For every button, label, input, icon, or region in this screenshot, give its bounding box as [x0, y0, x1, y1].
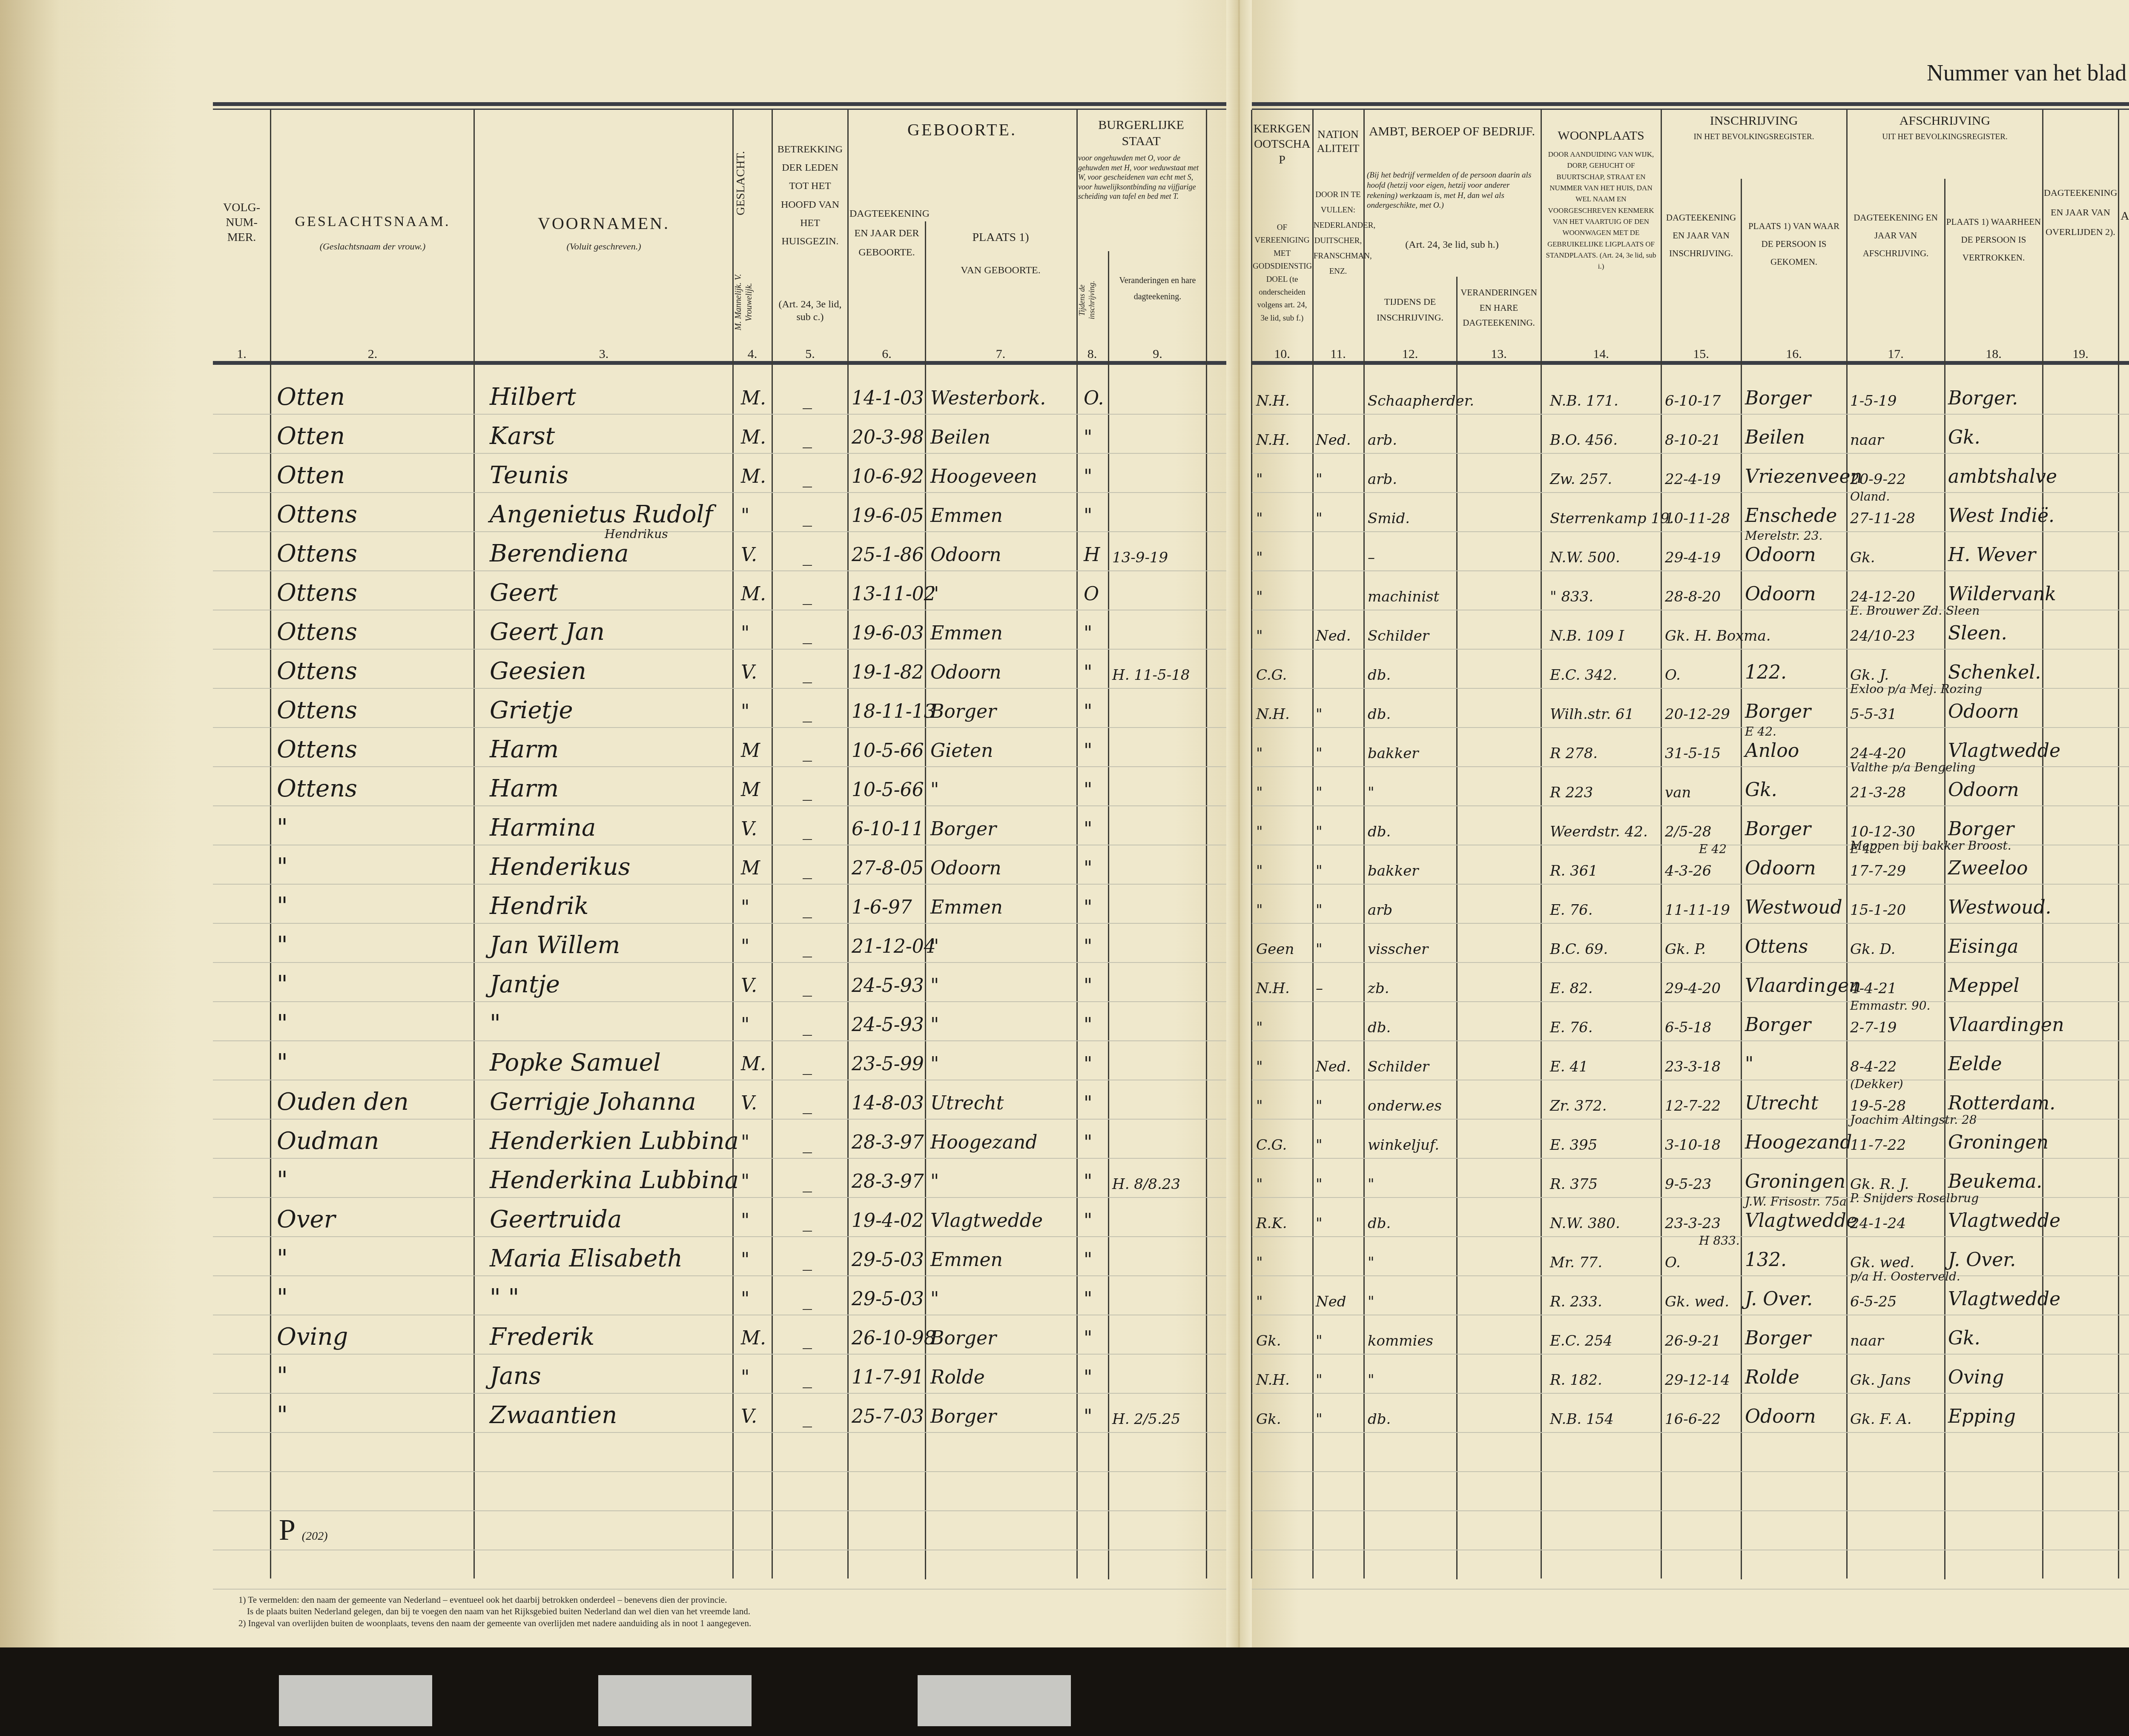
- header-geslacht-sub: M. Mannelijk. V. Vrouwelijk.: [733, 264, 772, 341]
- registration-date-cell: 26-9-21: [1665, 1332, 1721, 1349]
- table-row: "HenderikusM_27-8-05Odoorn"""bakkerR. 36…: [0, 853, 2129, 892]
- given-names-cell: Geertruida: [490, 1206, 622, 1233]
- given-names-cell: Grietje: [490, 696, 573, 724]
- table-row: "ZwaantienV._25-7-03Borger"H. 2/5.25Gk."…: [0, 1401, 2129, 1441]
- civil-status-cell: ": [1084, 1249, 1092, 1271]
- birthplace-cell: Hoogezand: [930, 1132, 1037, 1153]
- given-names-cell: Jans: [490, 1362, 541, 1390]
- deregistration-date-cell: 15-1-20: [1850, 902, 1906, 919]
- relationship-cell: _: [803, 466, 812, 487]
- header-kerkgenootschap-sub: OF VEREENIGING MET GODSDIENSTIG DOEL (te…: [1253, 221, 1311, 325]
- occupation-cell: Schaapherder.: [1368, 392, 1474, 410]
- header-tijdens-inschrijving: Tijdens de inschrijving.: [1077, 268, 1107, 332]
- birthplace-cell: ": [930, 975, 939, 997]
- relationship-cell: _: [803, 975, 812, 997]
- surname-cell: ": [277, 892, 288, 920]
- civil-status-cell: ": [1084, 1366, 1092, 1388]
- church-cell: ": [1256, 510, 1263, 527]
- address-cell: Zr. 372.: [1550, 1097, 1607, 1114]
- table-row: OverGeertruida"_19-4-02Vlagtwedde"R.K."d…: [0, 1206, 2129, 1245]
- birth-date-cell: 27-8-05: [852, 857, 924, 879]
- address-cell: R. 233.: [1550, 1293, 1602, 1310]
- table-row: OvingFrederikM._26-10-98Borger"Gk."kommi…: [0, 1323, 2129, 1362]
- civil-status-cell: ": [1084, 857, 1092, 879]
- registration-date-cell: 29-4-20: [1665, 980, 1721, 997]
- occupation-cell: visscher: [1368, 941, 1428, 958]
- civil-status-cell: ": [1084, 505, 1092, 527]
- ruled-line: [1252, 1471, 2129, 1472]
- origin-place-cell: Vlagtwedde: [1745, 1210, 1857, 1232]
- deregistration-date-cell: Gk. D.: [1850, 941, 1895, 958]
- church-cell: ": [1256, 862, 1263, 879]
- church-cell: Gk.: [1256, 1411, 1281, 1428]
- header-nationaliteit: NATIONALITEIT: [1314, 128, 1363, 155]
- registration-date-cell: 2/5-28: [1665, 823, 1711, 840]
- registration-date-cell: 23-3-23: [1665, 1215, 1721, 1232]
- church-cell: N.H.: [1256, 980, 1290, 997]
- occupation-cell: db.: [1368, 706, 1391, 723]
- sex-cell: M.: [741, 1327, 766, 1349]
- footnote-1b: Is de plaats buiten Nederland gelegen, d…: [238, 1606, 751, 1617]
- occupation-cell: arb: [1368, 902, 1392, 919]
- destination-cell: Zweeloo: [1948, 857, 2028, 879]
- column-number: 11.: [1314, 347, 1363, 361]
- civil-status-cell: ": [1084, 466, 1092, 487]
- given-names-cell: Jan Willem: [490, 931, 620, 959]
- origin-place-cell: 122.: [1745, 662, 1787, 683]
- relationship-cell: _: [803, 387, 812, 409]
- registration-date-cell: 31-5-15: [1665, 745, 1721, 762]
- nationality-cell: Ned.: [1316, 432, 1351, 449]
- header-aanmerkingen: AANMERKINGEN.: [2120, 209, 2129, 223]
- surname-cell: Ottens: [277, 736, 357, 763]
- surname-cell: Otten: [277, 422, 345, 450]
- birth-date-cell: 19-1-82: [852, 662, 924, 683]
- civil-status-cell: ": [1084, 779, 1092, 801]
- sex-cell: ": [741, 505, 749, 527]
- civil-status-cell: O: [1084, 583, 1099, 605]
- page-stamp: P (202): [279, 1513, 328, 1547]
- origin-place-cell: Enschede: [1745, 505, 1837, 527]
- birthplace-cell: ": [930, 779, 939, 801]
- destination-note: Exloo p/a Mej. Rozing: [1850, 682, 1982, 696]
- birth-date-cell: 19-4-02: [852, 1210, 924, 1232]
- destination-note: p/a H. Oosterveld.: [1850, 1269, 1960, 1283]
- header-afschrijving-datum: DAGTEEKENING EN JAAR VAN AFSCHRIJVING.: [1848, 209, 1943, 262]
- header-top-rule: [213, 102, 1226, 106]
- address-cell: B.C. 69.: [1550, 941, 1608, 958]
- address-cell: Sterrenkamp 19.: [1550, 510, 1674, 527]
- destination-note: P. Snijders Roselbrug: [1850, 1191, 1979, 1205]
- sex-cell: M.: [741, 387, 766, 409]
- sex-cell: ": [741, 936, 749, 957]
- table-row: OttensHarmM_10-5-66Gieten"""bakkerR 278.…: [0, 736, 2129, 775]
- address-cell: E. 76.: [1550, 1019, 1593, 1036]
- birthplace-cell: Emmen: [930, 1249, 1003, 1271]
- header-overlijden: DAGTEEKENING EN JAAR VAN OVERLIJDEN 2).: [2044, 183, 2117, 242]
- origin-place-cell: Borger: [1745, 818, 1811, 840]
- stamp-note: (202): [302, 1530, 328, 1543]
- relationship-cell: _: [803, 1288, 812, 1310]
- occupation-cell: Smid.: [1368, 510, 1410, 527]
- destination-cell: Eisinga: [1948, 936, 2019, 957]
- origin-place-cell: Odoorn: [1745, 583, 1816, 605]
- origin-place-cell: Westwoud: [1745, 897, 1842, 918]
- surname-cell: ": [277, 1362, 288, 1390]
- church-cell: ": [1256, 1019, 1263, 1036]
- given-names-cell: Zwaantien: [490, 1401, 617, 1429]
- registration-date-cell: 23-3-18: [1665, 1058, 1721, 1075]
- address-cell: N.B. 171.: [1550, 392, 1618, 410]
- nationality-cell: –: [1316, 980, 1323, 997]
- registration-date-cell: O.: [1665, 1254, 1681, 1271]
- given-names-cell: Harm: [490, 736, 559, 763]
- table-row: "Jans"_11-7-91Rolde"N.H.""R. 182.29-12-1…: [0, 1362, 2129, 1401]
- deregistration-date-cell: 24-12-20: [1850, 588, 1915, 605]
- sex-cell: V.: [741, 662, 757, 683]
- church-cell: C.G.: [1256, 667, 1287, 684]
- table-row: OttensBerendienaV._25-1-86OdoornH13-9-19…: [0, 540, 2129, 579]
- scale-block: [918, 1675, 1071, 1726]
- sex-cell: M: [741, 779, 760, 801]
- destination-cell: Vlagtwedde: [1948, 1210, 2060, 1232]
- registration-date-cell: 6-5-18: [1665, 1019, 1712, 1036]
- sex-cell: V.: [741, 1092, 757, 1114]
- header-voornamen: VOORNAMEN.: [476, 213, 732, 234]
- sex-cell: M.: [741, 427, 766, 448]
- table-row: OttensGrietje"_18-11-13Borger"N.H."db.Wi…: [0, 696, 2129, 736]
- registration-date-cell: 3-10-18: [1665, 1137, 1721, 1154]
- header-woonplaats-sub: DOOR AANDUIDING VAN WIJK, DORP, GEHUCHT …: [1542, 149, 1660, 272]
- table-row: OttenKarstM._20-3-98Beilen"N.H.Ned.arb.B…: [0, 422, 2129, 461]
- church-cell: N.H.: [1256, 392, 1290, 410]
- occupation-cell: db.: [1368, 1215, 1391, 1232]
- destination-cell: Odoorn: [1948, 779, 2019, 801]
- sex-cell: ": [741, 1171, 749, 1192]
- birth-date-cell: 28-3-97: [852, 1171, 924, 1192]
- address-cell: R. 182.: [1550, 1372, 1602, 1389]
- destination-cell: Vlaardingen: [1948, 1014, 2064, 1036]
- deregistration-date-cell: naar: [1850, 1332, 1884, 1349]
- column-number: 14.: [1542, 347, 1660, 361]
- address-cell: N.B. 154: [1550, 1411, 1614, 1428]
- destination-cell: Eelde: [1948, 1053, 2002, 1075]
- birthplace-cell: Vlagtwedde: [930, 1210, 1043, 1232]
- church-cell: ": [1256, 745, 1263, 762]
- destination-note: Valthe p/a Bengeling: [1850, 760, 1976, 774]
- origin-place-cell: Borger: [1745, 387, 1811, 409]
- birth-date-cell: 18-11-13: [852, 701, 936, 722]
- relationship-cell: _: [803, 505, 812, 527]
- nationality-cell: ": [1316, 1372, 1323, 1389]
- occupation-cell: ": [1368, 784, 1374, 801]
- table-row: OttensGeertM._13-11-02"O"machinist" 833.…: [0, 579, 2129, 618]
- surname-cell: ": [277, 1166, 288, 1194]
- occupation-cell: bakker: [1368, 862, 1419, 879]
- table-row: OttensHarmM_10-5-66"""""R 223vanGk.21-3-…: [0, 775, 2129, 814]
- relationship-cell: _: [803, 1132, 812, 1153]
- origin-place-cell: Rolde: [1745, 1366, 1799, 1388]
- deregistration-date-cell: Gk.: [1850, 549, 1875, 566]
- birthplace-cell: Emmen: [930, 622, 1003, 644]
- nationality-cell: ": [1316, 784, 1323, 801]
- given-names-cell: Geesien: [490, 657, 586, 685]
- surname-cell: Ottens: [277, 501, 357, 528]
- deregistration-date-cell: 10-12-30: [1850, 823, 1915, 840]
- given-names-note: Hendrikus: [605, 527, 668, 541]
- occupation-cell: db.: [1368, 1019, 1391, 1036]
- sex-cell: V.: [741, 975, 757, 997]
- column-number: 3.: [476, 347, 732, 361]
- occupation-cell: onderw.es: [1368, 1097, 1442, 1114]
- given-names-cell: " ": [490, 1284, 519, 1312]
- address-cell: Zw. 257.: [1550, 471, 1612, 488]
- deregistration-date-cell: 11-7-22: [1850, 1137, 1906, 1154]
- header-inschrijving: INSCHRIJVING: [1662, 113, 1845, 129]
- column-number: 8.: [1077, 347, 1107, 361]
- occupation-cell: winkeljuf.: [1368, 1137, 1439, 1154]
- surname-cell: Otten: [277, 383, 345, 411]
- column-number: 19.: [2044, 347, 2117, 361]
- church-cell: ": [1256, 823, 1263, 840]
- registration-date-cell: 12-7-22: [1665, 1097, 1721, 1114]
- sex-cell: M: [741, 740, 760, 762]
- header-geboorteplaats-sub: VAN GEBOORTE.: [926, 264, 1075, 277]
- church-cell: ": [1256, 1058, 1263, 1075]
- nationality-cell: ": [1316, 471, 1323, 488]
- table-row: Ouden denGerrigje JohannaV._14-8-03Utrec…: [0, 1088, 2129, 1127]
- header-burgerlijke-staat: BURGERLIJKE STAAT: [1077, 117, 1205, 149]
- surname-cell: Oving: [277, 1323, 348, 1351]
- nationality-cell: ": [1316, 745, 1323, 762]
- registration-date-cell: Gk. wed.: [1665, 1293, 1729, 1310]
- civil-status-cell: ": [1084, 975, 1092, 997]
- table-row: "Popke SamuelM._23-5-99"""Ned.SchilderE.…: [0, 1049, 2129, 1088]
- nationality-cell: ": [1316, 941, 1323, 958]
- church-cell: ": [1256, 1176, 1263, 1193]
- address-cell: Wilh.str. 61: [1550, 706, 1634, 723]
- column-number: 15.: [1662, 347, 1740, 361]
- sex-cell: M.: [741, 466, 766, 487]
- given-names-cell: Popke Samuel: [490, 1049, 661, 1077]
- relationship-cell: _: [803, 622, 812, 644]
- nationality-cell: ": [1316, 1176, 1323, 1193]
- relationship-cell: _: [803, 897, 812, 918]
- destination-cell: Epping: [1948, 1406, 2016, 1427]
- given-names-cell: Geert: [490, 579, 558, 607]
- occupation-cell: machinist: [1368, 588, 1439, 605]
- deregistration-date-cell: Gk. wed.: [1850, 1254, 1914, 1271]
- origin-place-cell: Vriezenveen: [1745, 466, 1862, 487]
- surname-cell: Ottens: [277, 618, 357, 646]
- church-cell: ": [1256, 627, 1263, 645]
- table-row: OttensAngenietus Rudolf"_19-6-05Emmen"""…: [0, 501, 2129, 540]
- sex-cell: ": [741, 1210, 749, 1232]
- deregistration-date-cell: Gk. R. J.: [1850, 1176, 1909, 1193]
- header-afschrijving-sub: UIT HET BEVOLKINGSREGISTER.: [1848, 132, 2042, 142]
- civil-status-cell: H: [1084, 544, 1100, 566]
- occupation-cell: arb.: [1368, 471, 1397, 488]
- table-row: OttenTeunisM._10-6-92Hoogeveen"""arb.Zw.…: [0, 461, 2129, 501]
- relationship-cell: _: [803, 818, 812, 840]
- civil-status-cell: ": [1084, 662, 1092, 683]
- nationality-cell: ": [1316, 823, 1323, 840]
- church-cell: C.G.: [1256, 1137, 1287, 1154]
- civil-status-cell: ": [1084, 1210, 1092, 1232]
- header-top-rule-right-thin: [1252, 109, 2129, 110]
- column-number: 12.: [1365, 347, 1455, 361]
- sex-cell: ": [741, 701, 749, 722]
- header-inschrijving-plaats: PLAATS 1) VAN WAAR DE PERSOON IS GEKOMEN…: [1742, 217, 1845, 271]
- surname-cell: ": [277, 1401, 288, 1429]
- destination-cell: Sleen.: [1948, 622, 2007, 644]
- address-cell: E. 76.: [1550, 902, 1593, 919]
- civil-status-change-cell: 13-9-19: [1112, 549, 1168, 566]
- registration-date-cell: 29-12-14: [1665, 1372, 1730, 1389]
- surname-cell: Oudman: [277, 1127, 379, 1155]
- surname-cell: ": [277, 853, 288, 881]
- ruled-line: [213, 1589, 1226, 1590]
- civil-status-cell: ": [1084, 1327, 1092, 1349]
- birth-date-cell: 24-5-93: [852, 1014, 924, 1036]
- birthplace-cell: ": [930, 583, 939, 605]
- registration-date-cell: 22-4-19: [1665, 471, 1721, 488]
- birthplace-cell: Beilen: [930, 427, 990, 448]
- deregistration-date-cell: 4-4-21: [1850, 980, 1897, 997]
- header-veranderingen: Veranderingen en hare dagteekening.: [1110, 272, 1205, 305]
- birth-date-cell: 24-5-93: [852, 975, 924, 997]
- origin-place-cell: Borger: [1745, 701, 1811, 722]
- registration-date-cell: 11-11-19: [1665, 902, 1730, 919]
- origin-place-cell: Utrecht: [1745, 1092, 1819, 1114]
- header-geslachtsnaam: GESLACHTSNAAM.: [273, 213, 473, 231]
- church-cell: R.K.: [1256, 1215, 1287, 1232]
- destination-cell: Vlagtwedde: [1948, 740, 2060, 762]
- civil-status-cell: ": [1084, 740, 1092, 762]
- sex-cell: M.: [741, 583, 766, 605]
- nationality-cell: ": [1316, 902, 1323, 919]
- footnote-2: 2) Ingeval van overlijden buiten de woon…: [238, 1618, 751, 1629]
- surname-cell: ": [277, 971, 288, 998]
- birthplace-cell: Westerbork.: [930, 387, 1046, 409]
- relationship-cell: _: [803, 740, 812, 762]
- header-inschrijving-sub: IN HET BEVOLKINGSREGISTER.: [1662, 132, 1845, 142]
- column-number: 20.: [2120, 347, 2129, 361]
- origin-place-cell: 132.: [1745, 1249, 1787, 1271]
- relationship-cell: _: [803, 583, 812, 605]
- relationship-cell: _: [803, 857, 812, 879]
- destination-cell: ambtshalve: [1948, 466, 2057, 487]
- birth-date-cell: 1-6-97: [852, 897, 912, 918]
- ruled-line: [1252, 1550, 2129, 1550]
- registration-date-cell: 28-8-20: [1665, 588, 1721, 605]
- birthplace-cell: Rolde: [930, 1366, 985, 1388]
- header-top-rule-thin: [213, 109, 1226, 110]
- destination-cell: J. Over.: [1948, 1249, 2016, 1271]
- surname-cell: Ottens: [277, 775, 357, 802]
- given-names-cell: Hilbert: [490, 383, 576, 411]
- registration-date-cell: 8-10-21: [1665, 432, 1721, 449]
- relationship-cell: _: [803, 1092, 812, 1114]
- given-names-cell: ": [490, 1010, 501, 1037]
- given-names-cell: Henderikus: [490, 853, 630, 881]
- footnote-1: 1) Te vermelden: den naam der gemeente v…: [238, 1594, 751, 1606]
- nationality-cell: ": [1316, 1097, 1323, 1114]
- birthplace-cell: Emmen: [930, 897, 1003, 918]
- civil-status-cell: O.: [1084, 387, 1104, 409]
- civil-status-cell: ": [1084, 622, 1092, 644]
- origin-place-cell: Odoorn: [1745, 857, 1816, 879]
- surname-cell: Otten: [277, 461, 345, 489]
- header-geslacht: GESLACHT.: [733, 136, 772, 230]
- header-betrekking-sub: (Art. 24, 3e lid, sub c.): [773, 298, 847, 324]
- deregistration-date-cell: 27-11-28: [1850, 510, 1915, 527]
- civil-status-change-cell: H. 8/8.23: [1112, 1176, 1180, 1193]
- header-afschrijving-plaats: PLAATS 1) WAARHEEN DE PERSOON IS VERTROK…: [1946, 213, 2041, 266]
- birth-date-cell: 23-5-99: [852, 1053, 924, 1075]
- given-names-cell: Henderkien Lubbina: [490, 1127, 739, 1155]
- birth-date-cell: 25-1-86: [852, 544, 924, 566]
- column-number: 17.: [1848, 347, 1943, 361]
- birthplace-cell: ": [930, 1288, 939, 1310]
- deregistration-date-cell: 17-7-29: [1850, 862, 1906, 879]
- birth-date-cell: 14-1-03: [852, 387, 924, 409]
- given-names-cell: Berendiena: [490, 540, 629, 567]
- header-woonplaats: WOONPLAATS: [1542, 128, 1660, 144]
- birth-date-cell: 19-6-05: [852, 505, 924, 527]
- occupation-cell: ": [1368, 1176, 1374, 1193]
- header-top-rule-right: [1252, 102, 2129, 106]
- deregistration-date-cell: 19-5-28: [1850, 1097, 1906, 1114]
- address-cell: R. 361: [1550, 862, 1598, 879]
- column-number: 10.: [1253, 347, 1311, 361]
- column-number: 2.: [273, 347, 473, 361]
- deregistration-date-cell: 5-5-31: [1850, 706, 1897, 723]
- occupation-cell: ": [1368, 1254, 1374, 1271]
- church-cell: N.H.: [1256, 1372, 1290, 1389]
- origin-place-cell: Groningen: [1745, 1171, 1845, 1192]
- ruled-line: [1252, 1589, 2129, 1590]
- header-voornamen-sub: (Voluit geschreven.): [476, 241, 732, 252]
- header-bottom-rule: [213, 361, 1226, 365]
- column-number: 5.: [773, 347, 847, 361]
- table-row: OudmanHenderkien Lubbina"_28-3-97Hoogeza…: [0, 1127, 2129, 1166]
- church-cell: ": [1256, 1097, 1263, 1114]
- church-cell: ": [1256, 549, 1263, 566]
- nationality-cell: ": [1316, 1137, 1323, 1154]
- relationship-cell: _: [803, 427, 812, 448]
- header-geslachtsnaam-sub: (Geslachtsnaam der vrouw.): [273, 241, 473, 252]
- address-cell: E. 41: [1550, 1058, 1588, 1075]
- ruled-line: [213, 1471, 1226, 1472]
- civil-status-change-cell: H. 11-5-18: [1112, 667, 1190, 684]
- church-cell: ": [1256, 902, 1263, 919]
- address-cell: E.C. 342.: [1550, 667, 1617, 684]
- church-cell: ": [1256, 471, 1263, 488]
- occupation-cell: zb.: [1368, 980, 1389, 997]
- relationship-cell: _: [803, 1366, 812, 1388]
- civil-status-cell: ": [1084, 1171, 1092, 1192]
- surname-cell: Ottens: [277, 696, 357, 724]
- civil-status-cell: ": [1084, 1053, 1092, 1075]
- sex-cell: ": [741, 1249, 749, 1271]
- destination-cell: Gk.: [1948, 427, 1980, 448]
- occupation-cell: db.: [1368, 823, 1391, 840]
- deregistration-date-cell: 24-4-20: [1850, 745, 1906, 762]
- header-veranderingen-ambt: VERANDERINGEN EN HARE DAGTEEKENING.: [1458, 285, 1540, 331]
- civil-status-change-cell: H. 2/5.25: [1112, 1411, 1180, 1428]
- relationship-cell: _: [803, 936, 812, 957]
